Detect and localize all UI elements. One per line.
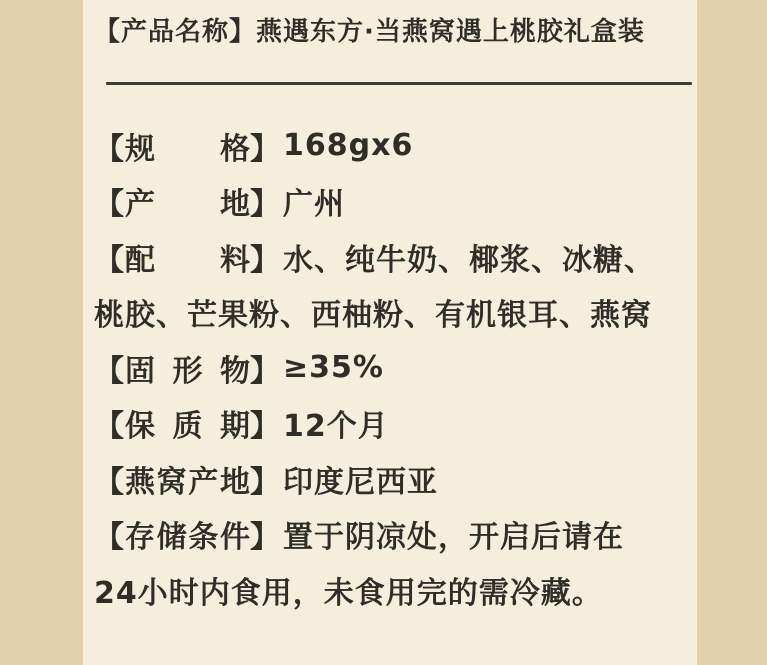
spec-row-origin: 【 产地 】 广州 xyxy=(94,174,689,230)
product-title-value: 燕遇东方·当燕窝遇上桃胶礼盒装 xyxy=(256,17,645,47)
spec-label-text: 配料 xyxy=(125,235,250,279)
spec-value: 印度尼西亚 xyxy=(283,457,438,501)
spec-value: 水、纯牛奶、椰浆、冰糖、 xyxy=(283,235,655,279)
spec-label-text: 保质期 xyxy=(125,401,250,445)
spec-row-storage-continued: 24小时内食用，未食用完的需冷藏。 xyxy=(94,562,689,618)
bracket-close: 】 xyxy=(250,512,281,556)
spec-value-continued: 24小时内食用，未食用完的需冷藏。 xyxy=(94,568,603,612)
spec-label-text: 存储条件 xyxy=(125,512,250,556)
bracket-open: 【 xyxy=(94,457,125,501)
title-divider xyxy=(106,82,692,85)
spec-row-ingredients-continued: 桃胶、芒果粉、西柚粉、有机银耳、燕窝 xyxy=(94,285,689,341)
bracket-open: 【 xyxy=(94,512,125,556)
bracket-close: 】 xyxy=(229,17,256,47)
spec-rows: 【 规格 】 168gx6 【 产地 】 广州 【 配料 】 水、纯牛奶、椰浆、… xyxy=(94,118,689,618)
spec-value-continued: 桃胶、芒果粉、西柚粉、有机银耳、燕窝 xyxy=(94,290,652,334)
spec-row-birdnest-origin: 【 燕窝产地 】 印度尼西亚 xyxy=(94,451,689,507)
spec-value: 广州 xyxy=(283,179,345,223)
bracket-close: 】 xyxy=(250,457,281,501)
spec-row-storage: 【 存储条件 】 置于阴凉处，开启后请在 xyxy=(94,507,689,563)
spec-value: 12个月 xyxy=(283,401,389,445)
spec-row-solid-content: 【 固形物 】 ≥35% xyxy=(94,340,689,396)
bracket-close: 】 xyxy=(250,179,281,223)
spec-label-text: 产地 xyxy=(125,179,250,223)
bracket-open: 【 xyxy=(94,235,125,279)
bracket-close: 】 xyxy=(250,401,281,445)
spec-value: 置于阴凉处，开启后请在 xyxy=(283,512,624,556)
spec-label: 【 固形物 】 xyxy=(94,346,281,390)
spec-label: 【 规格 】 xyxy=(94,124,281,168)
spec-label-text: 规格 xyxy=(125,124,250,168)
spec-label-text: 燕窝产地 xyxy=(125,457,250,501)
bracket-close: 】 xyxy=(250,235,281,279)
spec-label: 【 配料 】 xyxy=(94,235,281,279)
spec-label: 【 产地 】 xyxy=(94,179,281,223)
spec-label: 【 保质期 】 xyxy=(94,401,281,445)
spec-value: ≥35% xyxy=(283,350,384,385)
product-spec-panel: 【产品名称】燕遇东方·当燕窝遇上桃胶礼盒装 【 规格 】 168gx6 【 产地… xyxy=(83,0,697,665)
spec-value: 168gx6 xyxy=(283,128,413,163)
spec-row-ingredients: 【 配料 】 水、纯牛奶、椰浆、冰糖、 xyxy=(94,229,689,285)
spec-label: 【 燕窝产地 】 xyxy=(94,457,281,501)
spec-row-shelf-life: 【 保质期 】 12个月 xyxy=(94,396,689,452)
bracket-close: 】 xyxy=(250,124,281,168)
product-title: 【产品名称】燕遇东方·当燕窝遇上桃胶礼盒装 xyxy=(94,13,689,51)
bracket-open: 【 xyxy=(94,346,125,390)
spec-label: 【 存储条件 】 xyxy=(94,512,281,556)
spec-label-text: 固形物 xyxy=(125,346,250,390)
bracket-open: 【 xyxy=(94,179,125,223)
bracket-close: 】 xyxy=(250,346,281,390)
product-title-label: 产品名称 xyxy=(121,17,229,47)
bracket-open: 【 xyxy=(94,401,125,445)
bracket-open: 【 xyxy=(94,17,121,47)
spec-row-spec: 【 规格 】 168gx6 xyxy=(94,118,689,174)
bracket-open: 【 xyxy=(94,124,125,168)
